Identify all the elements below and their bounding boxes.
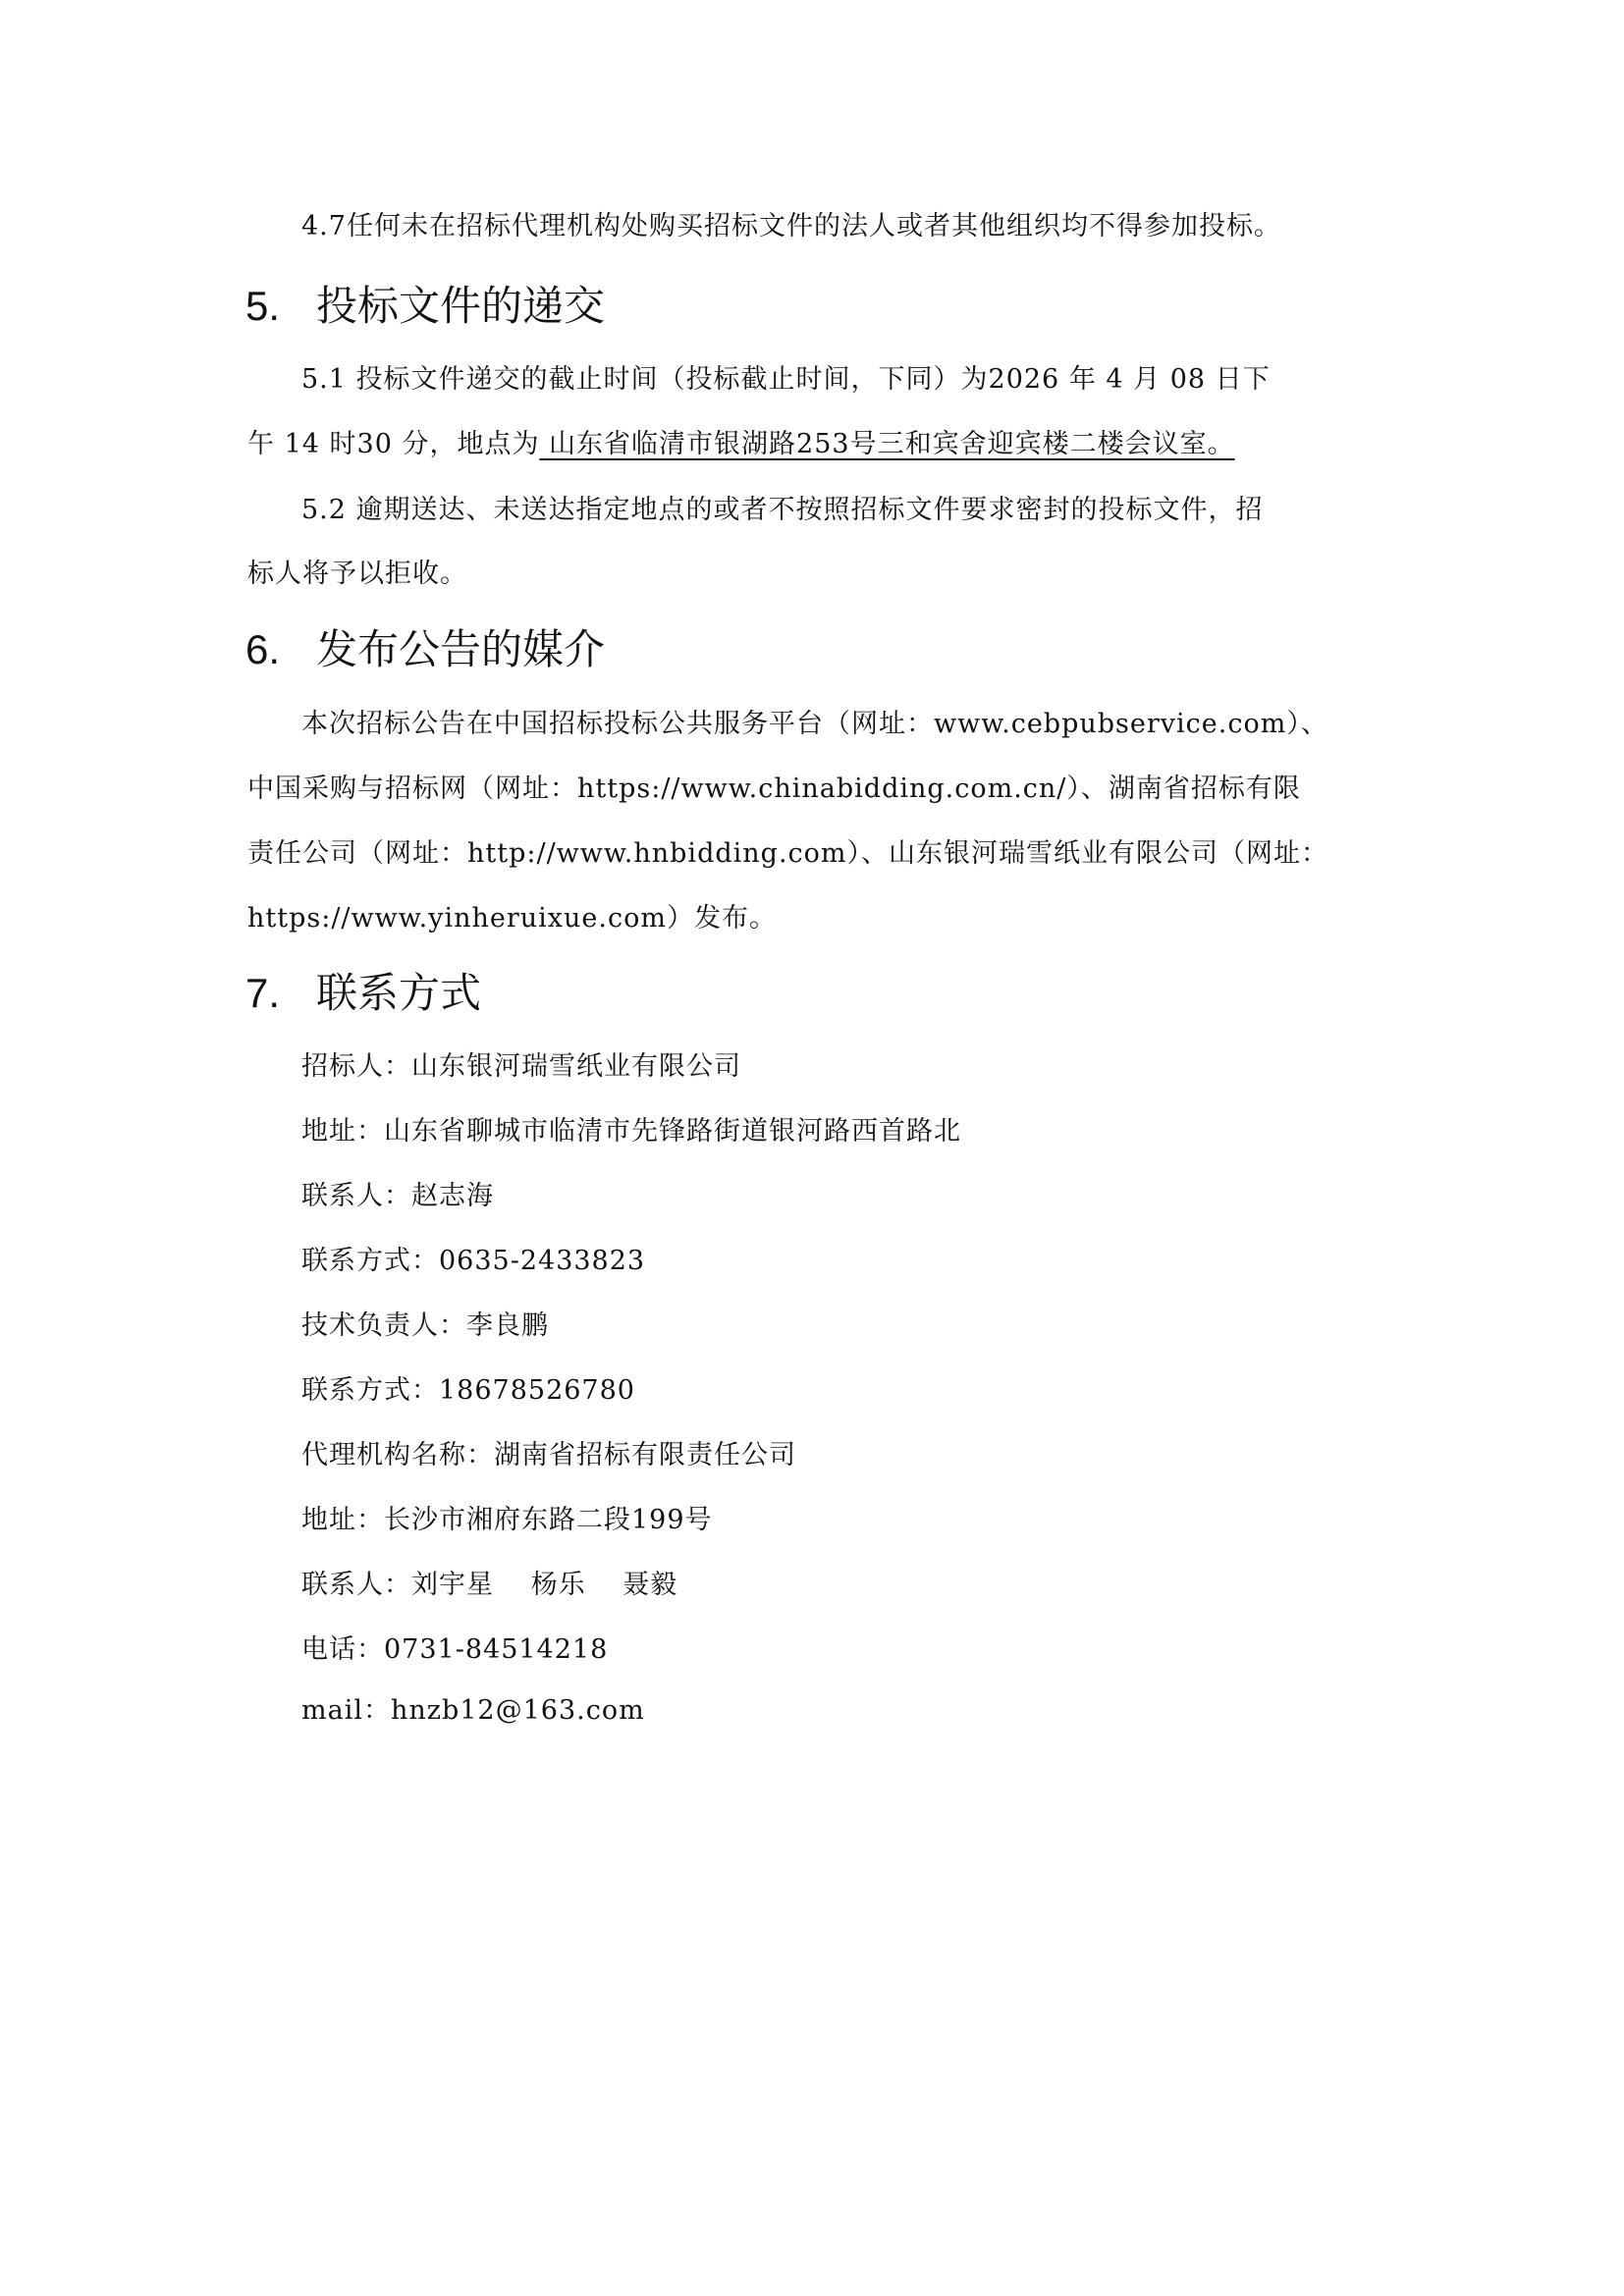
contact-agency-email: mail：hnzb12@163.com: [301, 1694, 645, 1728]
media-para-line1: 本次招标公告在中国招标投标公共服务平台（网址：www.cebpubservice…: [301, 708, 1328, 741]
section-6-number: 6.: [245, 625, 316, 674]
section-6-title: 发布公告的媒介: [316, 625, 605, 673]
section-5-number: 5.: [245, 282, 316, 331]
section-6-heading: 6.发布公告的媒介: [245, 625, 605, 674]
clause-5-2-line1: 5.2 逾期送达、未送达指定地点的或者不按照招标文件要求密封的投标文件，招: [301, 494, 1264, 527]
clause-5-1-time: 午 14 时30 分，地点为: [247, 429, 539, 459]
contact-tenderer-person: 联系人：赵志海: [301, 1180, 494, 1213]
section-7-number: 7.: [245, 969, 316, 1018]
contact-agency-address: 地址：长沙市湘府东路二段199号: [301, 1504, 713, 1537]
submission-location: 山东省临清市银湖路253号三和宾舍迎宾楼二楼会议室。: [539, 429, 1234, 459]
section-7-heading: 7.联系方式: [245, 969, 481, 1018]
contact-agency-name: 代理机构名称：湖南省招标有限责任公司: [301, 1439, 796, 1472]
clause-5-1-line2: 午 14 时30 分，地点为 山东省临清市银湖路253号三和宾舍迎宾楼二楼会议室…: [247, 428, 1235, 461]
section-7-title: 联系方式: [316, 969, 481, 1017]
contact-technical-phone: 联系方式：18678526780: [301, 1374, 635, 1408]
media-para-line3: 责任公司（网址：http://www.hnbidding.com）、山东银河瑞雪…: [247, 837, 1328, 871]
clause-4-7: 4.7任何未在招标代理机构处购买招标文件的法人或者其他组织均不得参加投标。: [301, 210, 1281, 243]
contact-agency-phone: 电话：0731-84514218: [301, 1633, 608, 1667]
section-5-heading: 5.投标文件的递交: [245, 282, 605, 331]
contact-tenderer-address: 地址：山东省聊城市临清市先锋路街道银河路西首路北: [301, 1115, 961, 1148]
media-para-line2: 中国采购与招标网（网址：https://www.chinabidding.com…: [247, 773, 1301, 806]
contact-technical-lead: 技术负责人：李良鹏: [301, 1309, 549, 1343]
contact-tenderer-phone: 联系方式：0635-2433823: [301, 1245, 645, 1278]
contact-agency-persons: 联系人：刘宇星 杨乐 聂毅: [301, 1569, 677, 1602]
clause-5-1-line1: 5.1 投标文件递交的截止时间（投标截止时间，下同）为2026 年 4 月 08…: [301, 363, 1271, 397]
clause-5-2-line2: 标人将予以拒收。: [247, 558, 467, 591]
document-page: 4.7任何未在招标代理机构处购买招标文件的法人或者其他组织均不得参加投标。 5.…: [0, 0, 1624, 2296]
media-para-line4: https://www.yinheruixue.com）发布。: [247, 902, 777, 935]
contact-tenderer: 招标人：山东银河瑞雪纸业有限公司: [301, 1050, 741, 1084]
section-5-title: 投标文件的递交: [316, 282, 605, 330]
